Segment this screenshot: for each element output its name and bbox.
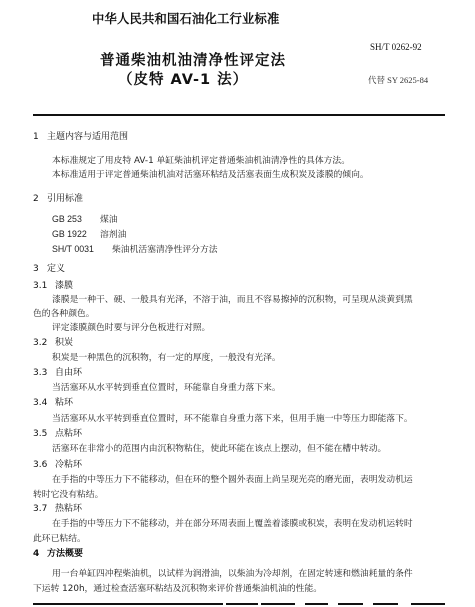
definition-text: 积炭是一种黑色的沉积物，有一定的厚度，一般没有光泽。: [52, 354, 281, 363]
definition-heading: 3.2积炭: [33, 339, 73, 348]
definition-text: 评定漆膜颜色时要与评分色板进行对照。: [52, 324, 210, 333]
section-4-heading: 4方法概要: [33, 550, 83, 559]
section-number: 2: [33, 195, 47, 204]
section-3-heading: 3定义: [33, 265, 65, 274]
section-title: 主题内容与适用范围: [47, 132, 128, 142]
document-subtitle: （皮特 AV-1 法）: [118, 73, 248, 88]
reference-code: GB 253: [52, 215, 100, 224]
reference-name: 煤油: [100, 215, 118, 225]
paragraph: 本标准适用于评定普通柴油机油对活塞环粘结及活塞表面生成积炭及漆膜的倾向。: [52, 171, 369, 180]
definition-heading: 3.7热粘环: [33, 505, 82, 514]
definition-term: 热粘环: [55, 504, 82, 514]
section-title: 引用标准: [47, 194, 83, 204]
section-1-heading: 1主题内容与适用范围: [33, 133, 128, 142]
section-title: 定义: [47, 264, 65, 274]
reference-name: 柴油机活塞清净性评分方法: [112, 245, 218, 255]
section-number: 3: [33, 265, 47, 274]
issuer-heading: 中华人民共和国石油化工行业标准: [92, 13, 279, 25]
definition-number: 3.7: [33, 505, 55, 514]
document-title: 普通柴油机油清净性评定法: [100, 54, 286, 69]
section-number: 4: [33, 550, 47, 559]
definition-number: 3.1: [33, 282, 55, 291]
standard-number: SH/T 0262-92: [370, 43, 422, 52]
definition-number: 3.2: [33, 339, 55, 348]
definition-heading: 3.6冷粘环: [33, 461, 82, 470]
paragraph: 本标准规定了用皮特 AV-1 单缸柴油机评定普通柴油机油清净性的具体方法。: [52, 157, 350, 166]
reference-item: GB 253煤油: [52, 215, 118, 225]
definition-term: 点粘环: [55, 429, 82, 439]
reference-item: GB 1922溶剂油: [52, 230, 126, 240]
definition-term: 冷粘环: [55, 460, 82, 470]
definition-text: 当活塞环从水平转到垂直位置时，环不能靠自身重力落下来，但用手施一中等压力即能落下…: [52, 415, 413, 424]
definition-text: 在手指的中等压力下不能移动，并在部分环周表面上覆盖着漆膜或积炭，表明在发动机运转…: [52, 520, 413, 529]
definition-number: 3.3: [33, 369, 55, 378]
definition-text: 此环已粘结。: [33, 535, 86, 544]
reference-name: 溶剂油: [100, 230, 126, 240]
reference-code: GB 1922: [52, 230, 100, 239]
definition-text: 当活塞环从水平转到垂直位置时，环能靠自身重力落下来。: [52, 384, 281, 393]
section-title: 方法概要: [47, 549, 83, 559]
definition-text: 色的各种颜色。: [33, 310, 95, 319]
definition-term: 漆膜: [55, 281, 73, 291]
definition-term: 自由环: [55, 368, 82, 378]
header-divider: [33, 114, 445, 116]
reference-code: SH/T 0031: [52, 245, 112, 254]
definition-number: 3.4: [33, 399, 55, 408]
footer-divider: [33, 603, 445, 605]
section-2-heading: 2引用标准: [33, 195, 83, 204]
paragraph: 下运转 120h，通过检查活塞环粘结及沉积物来评价普通柴油机油的性能。: [33, 585, 322, 594]
definition-heading: 3.4粘环: [33, 399, 73, 408]
definition-text: 转时它没有粘结。: [33, 491, 103, 500]
definition-heading: 3.3自由环: [33, 369, 82, 378]
definition-term: 粘环: [55, 398, 73, 408]
replaces-standard: 代替 SY 2625-84: [368, 76, 428, 85]
definition-number: 3.6: [33, 461, 55, 470]
definition-heading: 3.5点粘环: [33, 430, 82, 439]
definition-term: 积炭: [55, 338, 73, 348]
definition-text: 在手指的中等压力下不能移动，但在环的整个圆外表面上尚呈现光亮的磨光面，表明发动机…: [52, 476, 413, 485]
section-number: 1: [33, 133, 47, 142]
definition-text: 漆膜是一种干、硬、一般具有光泽，不溶于油，而且不容易擦掉的沉积物，可呈现从淡黄到…: [52, 296, 413, 305]
definition-text: 活塞环在非常小的范围内由沉积物粘住，使此环能在该点上摆动，但不能在槽中转动。: [52, 445, 386, 454]
definition-heading: 3.1漆膜: [33, 282, 73, 291]
definition-number: 3.5: [33, 430, 55, 439]
reference-item: SH/T 0031柴油机活塞清净性评分方法: [52, 245, 218, 255]
paragraph: 用一台单缸四冲程柴油机，以试样为润滑油，以柴油为冷却剂，在固定转速和燃油耗量的条…: [52, 570, 413, 579]
